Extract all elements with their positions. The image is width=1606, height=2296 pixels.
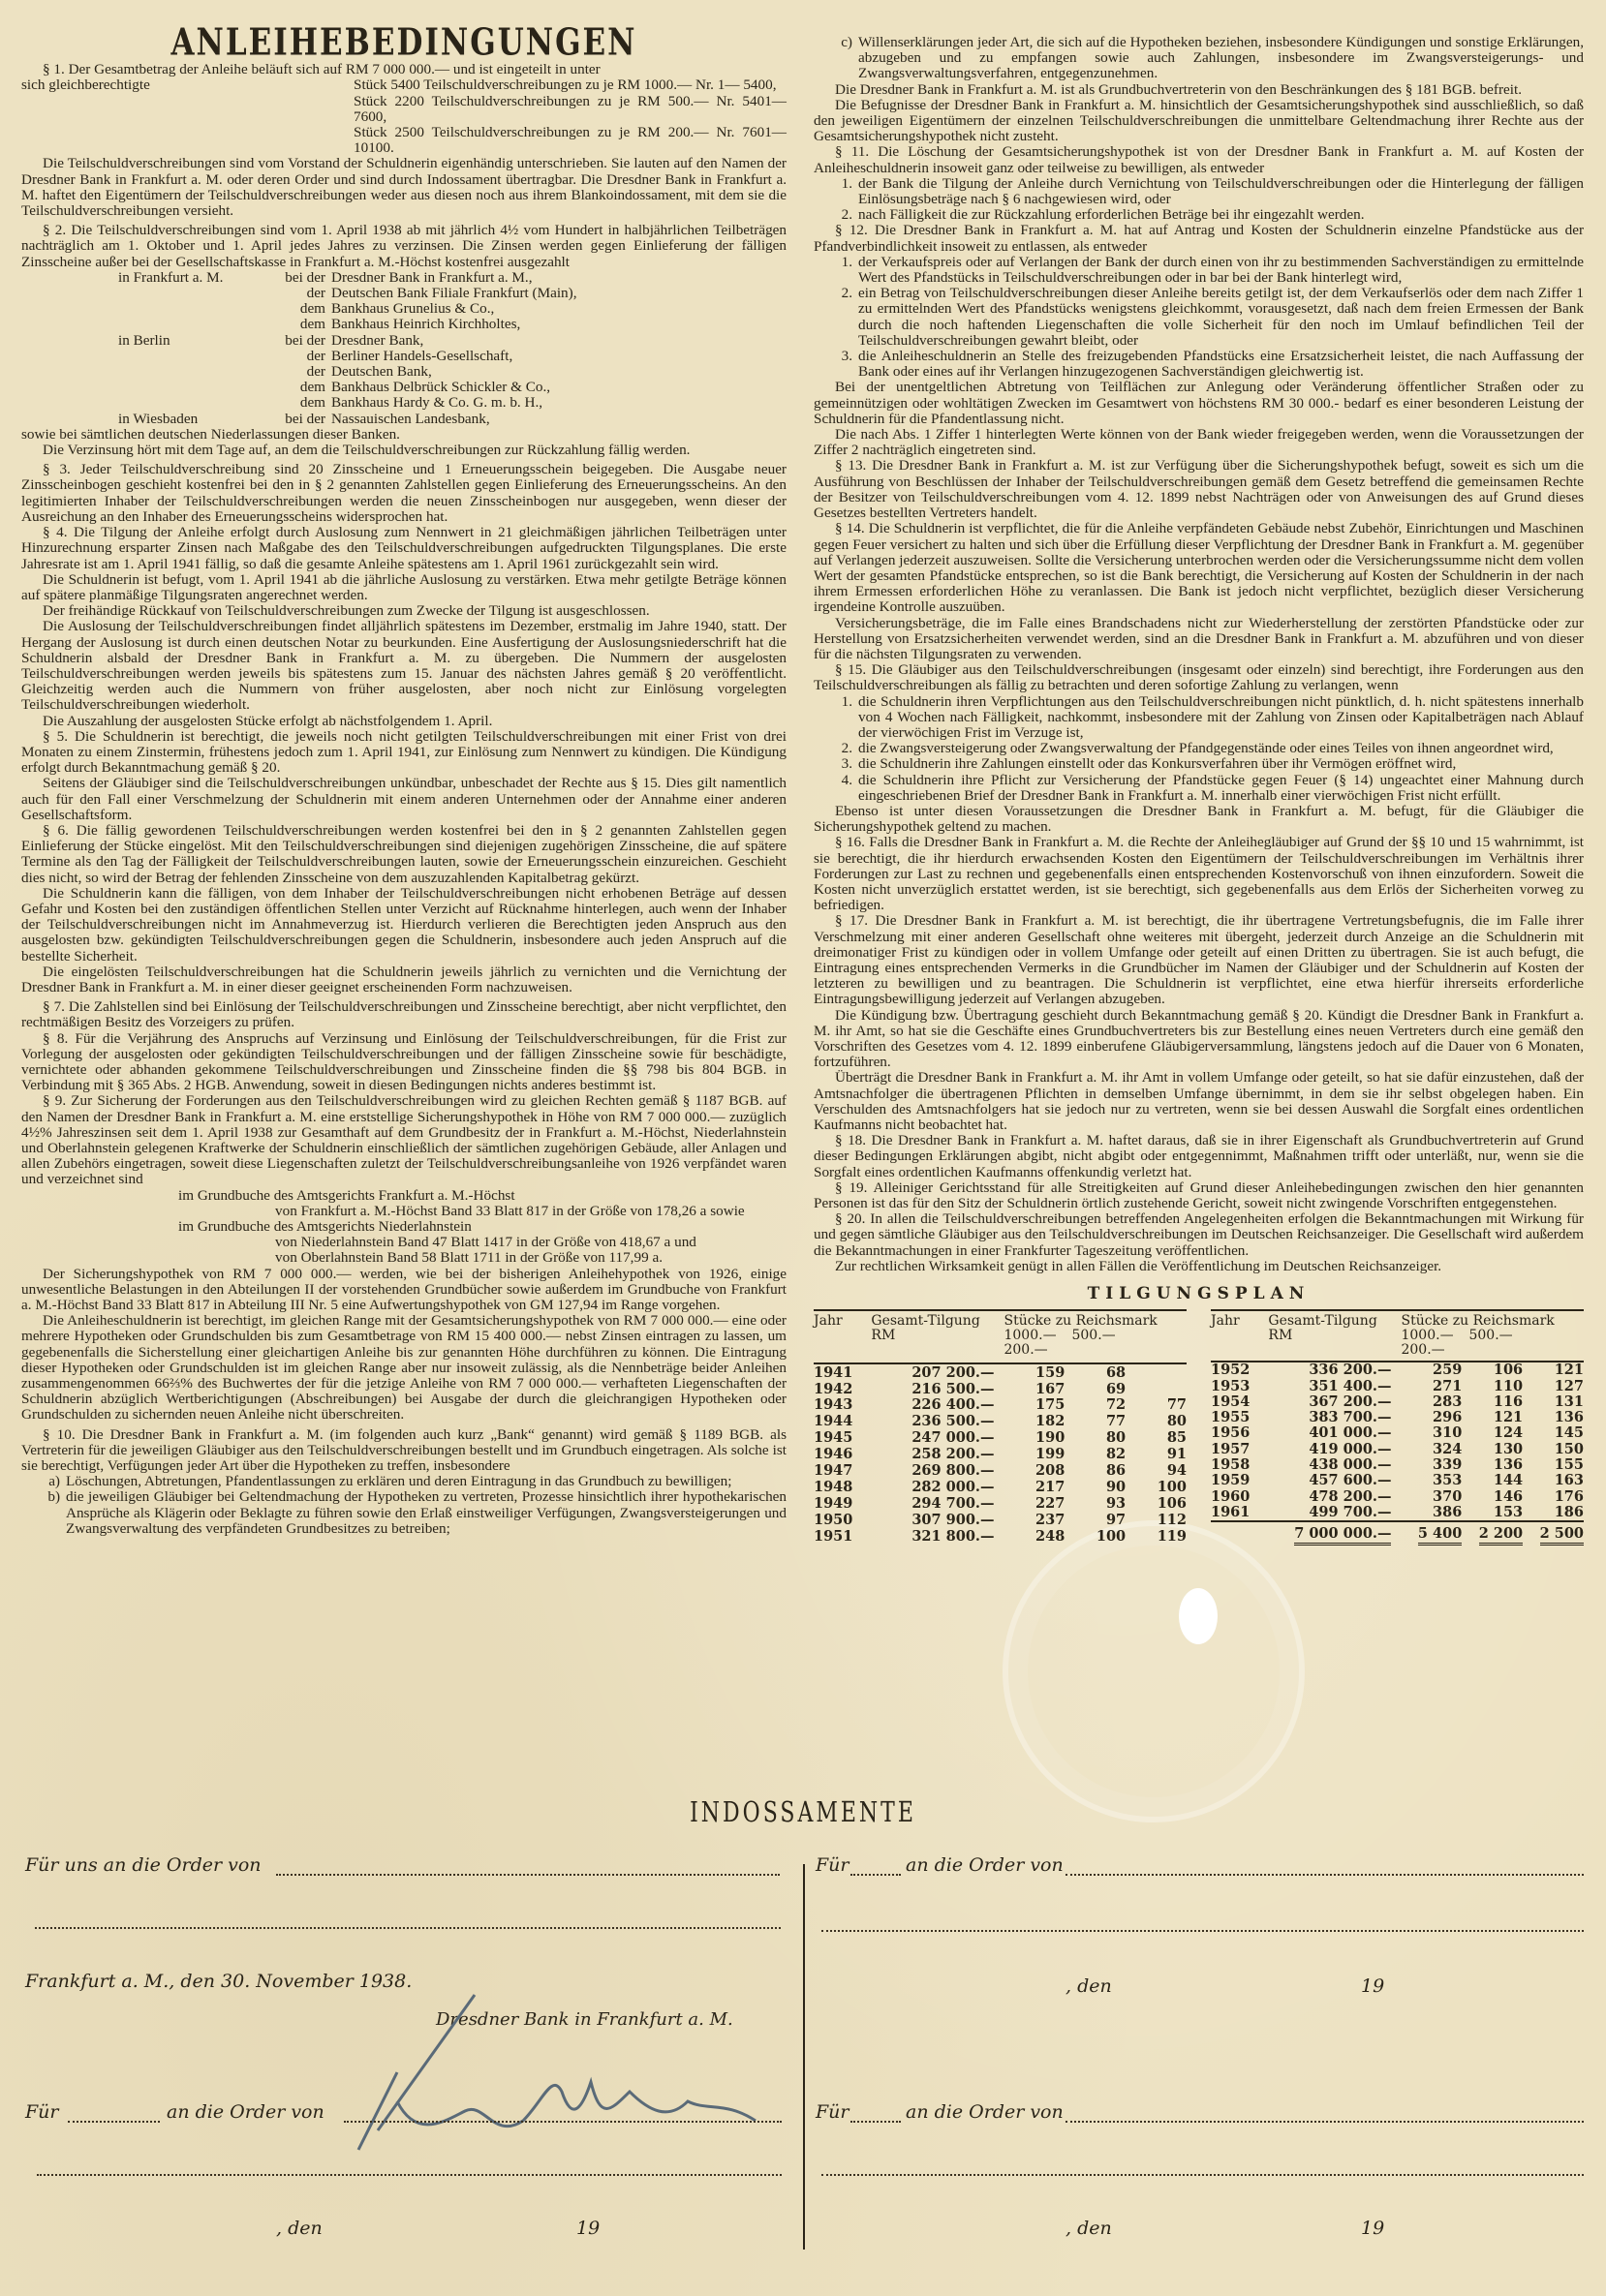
denominations-lead: sich gleichberechtigte [21, 77, 354, 93]
paying-agent-city [118, 395, 273, 411]
endorsement-2-fuer-label: Für [816, 1854, 849, 1876]
paying-agent-city: in Berlin [118, 333, 273, 349]
redemption-table-right: Jahr Gesamt-TilgungRM Stücke zu Reichsma… [1211, 1309, 1584, 1545]
section-4-para: § 4. Die Tilgung der Anleihe erfolgt dur… [21, 525, 787, 572]
section-6-para: Die eingelösten Teilschuldverschreibunge… [21, 964, 787, 995]
paying-agent-bank: Berliner Handels-Gesellschaft, [331, 349, 787, 364]
table-row: 1947269 800.— 2088694 [814, 1463, 1187, 1480]
section-10-item-a: a) Löschungen, Abtretungen, Pfandentlass… [21, 1474, 787, 1489]
paying-agent-bank: Deutschen Bank Filiale Frankfurt (Main), [331, 286, 787, 301]
paying-agent-prep: dem [273, 301, 331, 317]
table-row: 1956401 000.— 310124145 [1211, 1425, 1584, 1441]
section-17-para: § 17. Die Dresdner Bank in Frankfurt a. … [814, 913, 1584, 1007]
endorsement-4-den: , den [1066, 2218, 1112, 2239]
endorsement-2-fuer-field[interactable] [850, 1874, 901, 1876]
section-9-para: Der Sicherungshypothek von RM 7 000 000.… [21, 1267, 787, 1314]
section-10-para: Die Befugnisse der Dresdner Bank in Fran… [814, 98, 1584, 145]
endorsement-2-line-2[interactable] [821, 1930, 1584, 1932]
section-14-para: Versicherungsbeträge, die im Falle eines… [814, 616, 1584, 663]
paying-agents-list: in Frankfurt a. M.bei derDresdner Bank i… [21, 270, 787, 427]
endorsement-4-order-label: an die Order von [906, 2101, 1064, 2123]
redemption-plan-title: TILGUNGSPLAN [814, 1286, 1584, 1301]
endorsement-divider [803, 1864, 805, 2250]
land-register-entry: im Grundbuche des Amtsgerichts Frankfurt… [21, 1188, 787, 1204]
section-9-para: Die Anleiheschuldnerin ist berechtigt, i… [21, 1313, 787, 1423]
table-header-row: Jahr Gesamt-TilgungRM Stücke zu Reichsma… [814, 1310, 1187, 1363]
redemption-table-left: Jahr Gesamt-TilgungRM Stücke zu Reichsma… [814, 1309, 1187, 1545]
section-10-item-c: c) Willenserklärungen jeder Art, die sic… [814, 35, 1584, 82]
section-3-text: § 3. Jeder Teilschuldverschreibung sind … [21, 462, 787, 525]
section-4-para: Die Auszahlung der ausgelosten Stücke er… [21, 714, 787, 729]
section-17-para: Die Kündigung bzw. Übertragung geschieht… [814, 1008, 1584, 1071]
table-row: 1950307 900.— 23797112 [814, 1513, 1187, 1529]
endorsement-4-fuer-label: Für [816, 2101, 849, 2123]
paying-agent-prep: dem [273, 380, 331, 395]
redemption-plan: Jahr Gesamt-TilgungRM Stücke zu Reichsma… [814, 1309, 1584, 1545]
section-18-text: § 18. Die Dresdner Bank in Frankfurt a. … [814, 1133, 1584, 1180]
endorsement-3-fuer-field[interactable] [68, 2121, 160, 2123]
table-row: 1948282 000.— 21790100 [814, 1480, 1187, 1496]
table-total-row: 7 000 000.— 5 400 2 200 2 500 [1211, 1521, 1584, 1545]
endorsement-3-order-label: an die Order von [167, 2101, 324, 2123]
endorsement-3-line-2[interactable] [37, 2174, 782, 2176]
section-12-para: Die nach Abs. 1 Ziffer 1 hinterlegten We… [814, 427, 1584, 458]
endorsements-title: INDOSSAMENTE [0, 1797, 1606, 1829]
cancellation-punch-hole [1179, 1588, 1218, 1644]
section-20-para: § 20. In allen die Teilschuldverschreibu… [814, 1211, 1584, 1259]
endorsement-1-payee-field[interactable] [276, 1874, 780, 1876]
endorsement-2-order-label: an die Order von [906, 1854, 1064, 1876]
section-15-text: § 15. Die Gläubiger aus den Teilschuldve… [814, 662, 1584, 693]
paying-agent-prep: bei der [273, 412, 331, 427]
section-10-item-b: b) die jeweiligen Gläubiger bei Geltendm… [21, 1489, 787, 1537]
table-row: 1954367 200.— 283116131 [1211, 1394, 1584, 1410]
section-17-para: Überträgt die Dresdner Bank in Frankfurt… [814, 1070, 1584, 1133]
left-column: ANLEIHEBEDINGUNGEN § 1. Der Gesamtbetrag… [21, 0, 787, 1537]
paying-agent-city: in Wiesbaden [118, 412, 273, 427]
table-header-row: Jahr Gesamt-TilgungRM Stücke zu Reichsma… [1211, 1310, 1584, 1362]
table-row: 1951321 800.— 248100119 [814, 1529, 1187, 1546]
section-12-item: 2.ein Betrag von Teilschuldverschreibung… [814, 286, 1584, 349]
section-6-para: § 6. Die fällig gewordenen Teilschuldver… [21, 823, 787, 886]
table-row: 1945247 000.— 1908085 [814, 1430, 1187, 1447]
section-15-para: Ebenso ist unter diesen Voraussetzungen … [814, 804, 1584, 835]
paying-agent-prep: der [273, 349, 331, 364]
table-row: 1942216 500.— 16769 [814, 1381, 1187, 1397]
endorsement-4-year: 19 [1361, 2218, 1384, 2239]
endorsement-3-den: , den [276, 2218, 323, 2239]
paying-agent-bank: Dresdner Bank in Frankfurt a. M., [331, 270, 787, 286]
document-title: ANLEIHEBEDINGUNGEN [21, 33, 787, 52]
section-15-item: 1.die Schuldnerin ihren Verpflichtungen … [814, 694, 1584, 742]
section-12-item: 1.der Verkaufspreis oder auf Verlangen d… [814, 255, 1584, 286]
endorsement-2-year: 19 [1361, 1975, 1384, 1997]
paying-agent-row: in Frankfurt a. M.bei derDresdner Bank i… [21, 270, 787, 286]
section-11-item: 1.der Bank die Tilgung der Anleihe durch… [814, 176, 1584, 207]
section-12-item: 3.die Anleiheschuldnerin an Stelle des f… [814, 349, 1584, 380]
section-10-para: Die Dresdner Bank in Frankfurt a. M. ist… [814, 82, 1584, 98]
section-1-denominations: sich gleichberechtigteStück 5400 Teilsch… [21, 77, 787, 156]
paying-agent-city [118, 349, 273, 364]
paying-agent-city: in Frankfurt a. M. [118, 270, 273, 286]
endorsement-3-fuer-label: Für [25, 2101, 59, 2123]
paying-agent-row: demBankhaus Heinrich Kirchholtes, [21, 317, 787, 332]
table-row: 1946258 200.— 1998291 [814, 1447, 1187, 1463]
paying-agent-city [118, 380, 273, 395]
endorsement-1-line-2[interactable] [35, 1927, 781, 1929]
table-row: 1960478 200.— 370146176 [1211, 1489, 1584, 1505]
table-row: 1944236 500.— 1827780 [814, 1414, 1187, 1430]
section-13-text: § 13. Die Dresdner Bank in Frankfurt a. … [814, 458, 1584, 521]
paying-agent-prep: bei der [273, 333, 331, 349]
section-2-verzinsung: Die Verzinsung hört mit dem Tage auf, an… [21, 443, 787, 458]
section-16-text: § 16. Falls die Dresdner Bank in Frankfu… [814, 835, 1584, 913]
header-pieces: Stücke zu Reichsmark 1000.—500.—200.— [1004, 1310, 1187, 1363]
paying-agent-prep: der [273, 286, 331, 301]
paying-agent-bank: Dresdner Bank, [331, 333, 787, 349]
endorsement-3-year: 19 [576, 2218, 600, 2239]
bond-terms-page: ANLEIHEBEDINGUNGEN § 1. Der Gesamtbetrag… [0, 0, 1606, 2296]
paying-agent-bank: Bankhaus Delbrück Schickler & Co., [331, 380, 787, 395]
section-11-item: 2.nach Fälligkeit die zur Rückzahlung er… [814, 207, 1584, 223]
paying-agent-bank: Bankhaus Hardy & Co. G. m. b. H., [331, 395, 787, 411]
signature [339, 1985, 785, 2159]
section-6-para: Die Schuldnerin kann die fälligen, von d… [21, 886, 787, 964]
paying-agent-row: demBankhaus Hardy & Co. G. m. b. H., [21, 395, 787, 411]
paying-agent-prep: dem [273, 317, 331, 332]
land-register-entry: im Grundbuche des Amtsgerichts Niederlah… [21, 1219, 787, 1235]
paying-agents-after: sowie bei sämtlichen deutschen Niederlas… [21, 427, 787, 443]
table-row: 1953351 400.— 271110127 [1211, 1379, 1584, 1394]
paying-agent-bank: Deutschen Bank, [331, 364, 787, 380]
section-15-item: 2.die Zwangsversteigerung oder Zwangsver… [814, 741, 1584, 756]
paying-agent-row: derBerliner Handels-Gesellschaft, [21, 349, 787, 364]
denomination-row: Stück 2500 Teilschuldverschreibungen zu … [354, 125, 787, 156]
endorsement-4-line-2[interactable] [821, 2174, 1584, 2176]
paying-agent-city [118, 317, 273, 332]
land-register-entry: von Niederlahnstein Band 47 Blatt 1417 i… [21, 1235, 787, 1250]
section-5-para: Seitens der Gläubiger sind die Teilschul… [21, 776, 787, 823]
paying-agent-bank: Nassauischen Landesbank, [331, 412, 787, 427]
section-10-text: § 10. Die Dresdner Bank in Frankfurt a. … [21, 1427, 787, 1475]
paying-agent-prep: bei der [273, 270, 331, 286]
section-9-text: § 9. Zur Sicherung der Forderungen aus d… [21, 1093, 787, 1187]
paying-agent-city [118, 286, 273, 301]
paying-agent-bank: Bankhaus Grunelius & Co., [331, 301, 787, 317]
table-row: 1958438 000.— 339136155 [1211, 1457, 1584, 1473]
header-pieces: Stücke zu Reichsmark 1000.—500.—200.— [1401, 1310, 1584, 1362]
paying-agent-row: derDeutschen Bank Filiale Frankfurt (Mai… [21, 286, 787, 301]
section-14-para: § 14. Die Schuldnerin ist verpflichtet, … [814, 521, 1584, 615]
paying-agent-bank: Bankhaus Heinrich Kirchholtes, [331, 317, 787, 332]
denomination-row: Stück 5400 Teilschuldverschreibungen zu … [354, 77, 787, 93]
table-row: 1943226 400.— 1757277 [814, 1397, 1187, 1414]
table-row: 1955383 700.— 296121136 [1211, 1410, 1584, 1425]
section-4-para: Die Schuldnerin ist befugt, vom 1. April… [21, 572, 787, 603]
section-1-intro: § 1. Der Gesamtbetrag der Anleihe beläuf… [21, 62, 787, 77]
section-8-text: § 8. Für die Verjährung des Anspruchs au… [21, 1031, 787, 1094]
paying-agent-row: demBankhaus Grunelius & Co., [21, 301, 787, 317]
section-11-text: § 11. Die Löschung der Gesamtsicherungsh… [814, 144, 1584, 175]
endorsement-1-order-label: Für uns an die Order von [25, 1854, 262, 1876]
table-row: 1961499 700.— 386153186 [1211, 1505, 1584, 1521]
table-row: 1957419 000.— 324130150 [1211, 1442, 1584, 1457]
right-column: c) Willenserklärungen jeder Art, die sic… [814, 35, 1584, 1546]
section-4: § 4. Die Tilgung der Anleihe erfolgt dur… [21, 525, 787, 729]
section-5-para: § 5. Die Schuldnerin ist berechtigt, die… [21, 729, 787, 777]
paying-agent-city [118, 301, 273, 317]
paying-agent-row: derDeutschen Bank, [21, 364, 787, 380]
header-year: Jahr [814, 1310, 871, 1363]
section-20-para: Zur rechtlichen Wirksamkeit genügt in al… [814, 1259, 1584, 1274]
paying-agent-row: in Berlinbei derDresdner Bank, [21, 333, 787, 349]
section-15-item: 3.die Schuldnerin ihre Zahlungen einstel… [814, 756, 1584, 772]
section-12-text: § 12. Die Dresdner Bank in Frankfurt a. … [814, 223, 1584, 254]
section-12-para: Bei der unentgeltlichen Abtretung von Te… [814, 380, 1584, 427]
table-row: 1949294 700.— 22793106 [814, 1496, 1187, 1513]
endorsement-3-payee-field[interactable] [344, 2121, 782, 2123]
section-15-item: 4.die Schuldnerin ihre Pflicht zur Versi… [814, 773, 1584, 804]
denomination-row: Stück 2200 Teilschuldverschreibungen zu … [354, 94, 787, 125]
table-row: 1941207 200.— 15968 [814, 1363, 1187, 1381]
paying-agent-prep: der [273, 364, 331, 380]
paying-agent-row: demBankhaus Delbrück Schickler & Co., [21, 380, 787, 395]
section-7-text: § 7. Die Zahlstellen sind bei Einlösung … [21, 999, 787, 1030]
embossed-seal [1003, 1520, 1305, 1822]
table-row: 1952336 200.— 259106121 [1211, 1362, 1584, 1378]
table-row: 1959457 600.— 353144163 [1211, 1473, 1584, 1488]
land-register-entry: von Frankfurt a. M.-Höchst Band 33 Blatt… [21, 1204, 787, 1219]
paying-agent-prep: dem [273, 395, 331, 411]
section-1-text: Die Teilschuldverschreibungen sind vom V… [21, 156, 787, 219]
section-19-text: § 19. Alleiniger Gerichtsstand für alle … [814, 1180, 1584, 1211]
land-register-list: im Grundbuche des Amtsgerichts Frankfurt… [21, 1188, 787, 1267]
section-4-para: Die Auslosung der Teilschuldverschreibun… [21, 619, 787, 713]
header-year: Jahr [1211, 1310, 1268, 1362]
endorsement-2-payee-field[interactable] [1066, 1874, 1584, 1876]
paying-agent-city [118, 364, 273, 380]
paying-agent-row: in Wiesbadenbei derNassauischen Landesba… [21, 412, 787, 427]
section-5: § 5. Die Schuldnerin ist berechtigt, die… [21, 729, 787, 823]
endorsement-4-fuer-field[interactable] [850, 2121, 901, 2123]
header-total: Gesamt-TilgungRM [871, 1310, 1004, 1363]
endorsement-2-den: , den [1066, 1975, 1112, 1997]
section-2-text: § 2. Die Teilschuldverschreibungen sind … [21, 223, 787, 270]
endorsement-4-payee-field[interactable] [1066, 2121, 1584, 2123]
section-6: § 6. Die fällig gewordenen Teilschuldver… [21, 823, 787, 995]
land-register-entry: von Oberlahnstein Band 58 Blatt 1711 in … [21, 1250, 787, 1266]
section-4-para: Der freihändige Rückkauf von Teilschuldv… [21, 603, 787, 619]
header-total: Gesamt-TilgungRM [1268, 1310, 1401, 1362]
